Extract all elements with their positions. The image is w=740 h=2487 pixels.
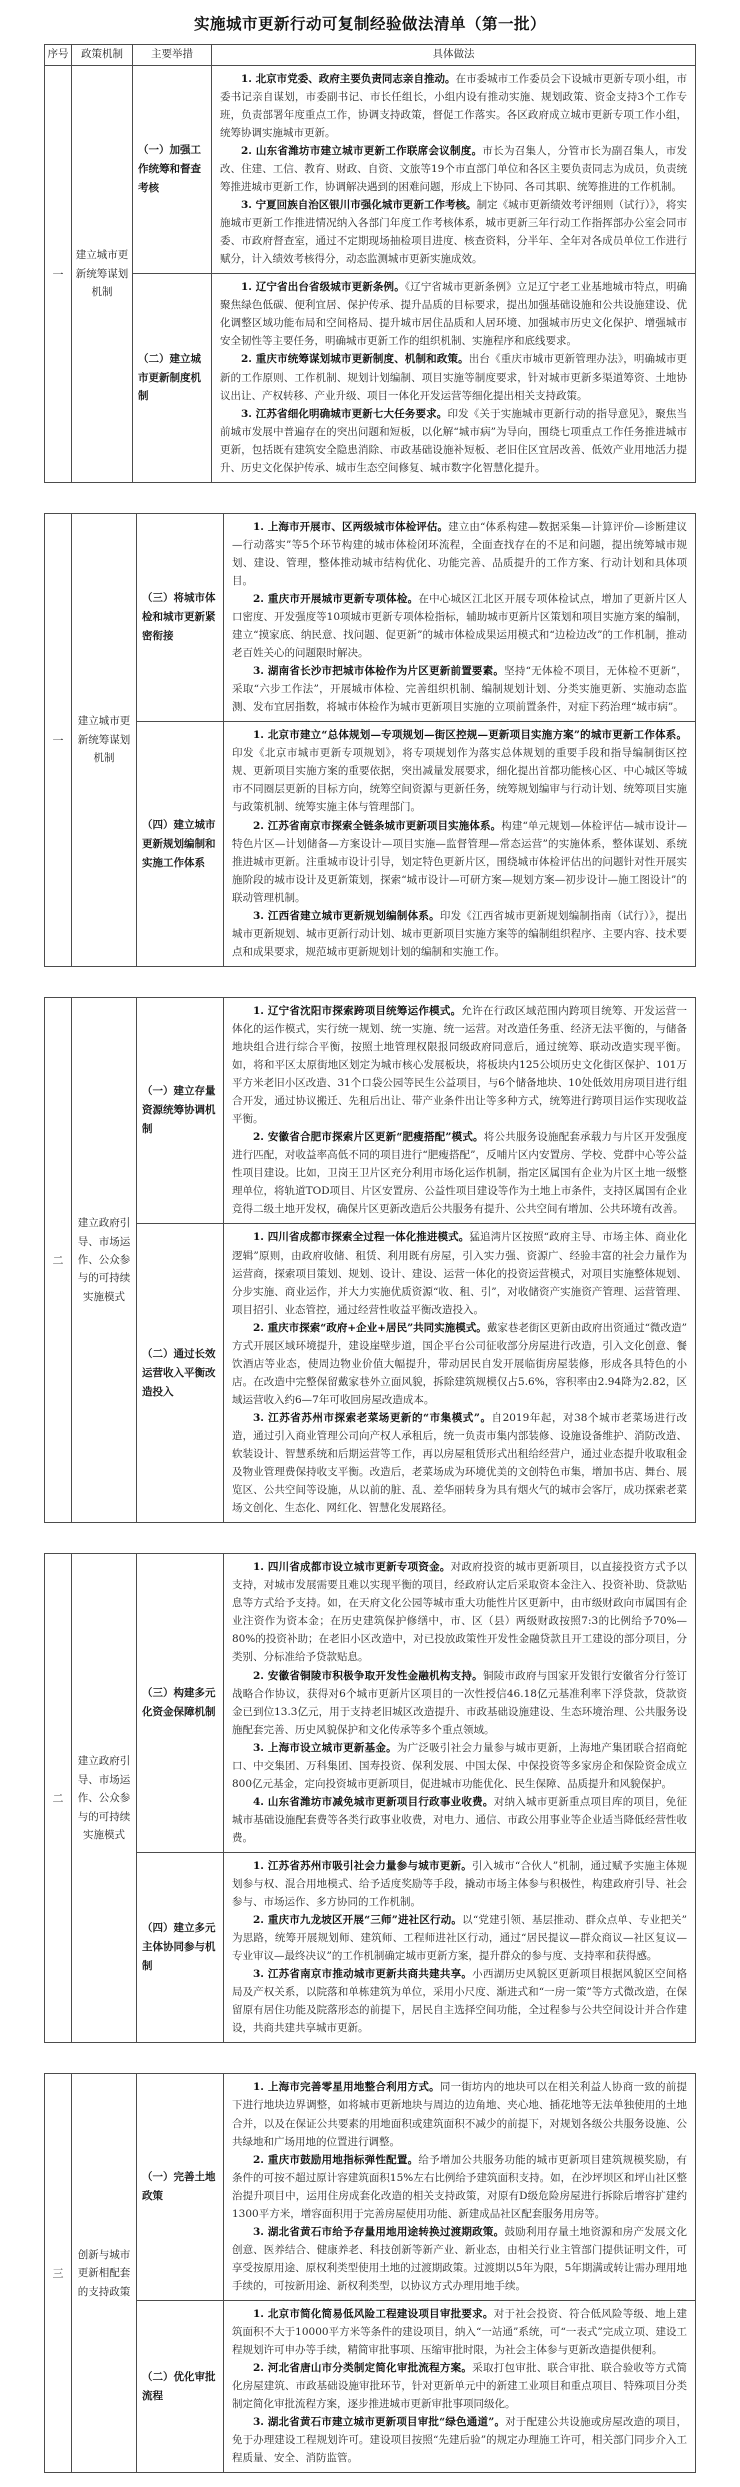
practice-cell: 1. 上海市开展市、区两级城市体检评估。建立由“体系构建—数据采集—计算评价—诊…: [224, 513, 696, 722]
table-block-4: 二建立政府引导、市场运作、公众参与的可持续实施模式（三）构建多元化资金保障机制1…: [44, 1553, 696, 2043]
measure-row: 一建立城市更新统筹谋划机制（三）将城市体检和城市更新紧密衔接1. 上海市开展市、…: [45, 513, 696, 722]
serial-cell: 三: [45, 2074, 72, 2473]
measure-label: （四）建立多元主体协同参与机制: [137, 1852, 224, 2042]
practice-item: 2. 重庆市九龙坡区开展“三师”进社区行动。以“党建引领、基层推动、群众点单、专…: [232, 1911, 687, 1965]
column-header-0: 序号: [45, 45, 72, 66]
measure-label: （二）通过长效运营收入平衡改造投入: [137, 1224, 224, 1523]
measure-row: 一建立城市更新统筹谋划机制（一）加强工作统筹和督查考核1. 北京市党委、政府主要…: [45, 65, 696, 274]
practice-cell: 1. 北京市简化简易低风险工程建设项目审批要求。对于社会投资、符合低风险等级、地…: [224, 2301, 696, 2473]
practice-item: 1. 上海市完善零星用地整合利用方式。同一街坊内的地块可以在相关利益人协商一致的…: [232, 2078, 687, 2150]
measure-row: 二建立政府引导、市场运作、公众参与的可持续实施模式（一）建立存量资源统筹协调机制…: [45, 997, 696, 1224]
measure-label: （三）构建多元化资金保障机制: [137, 1554, 224, 1853]
measure-label: （一）建立存量资源统筹协调机制: [137, 997, 224, 1224]
practice-lead: 1. 江苏省苏州市吸引社会力量参与城市更新。: [253, 1860, 472, 1872]
practice-lead: 1. 四川省成都市探索全过程一体化推进模式。: [253, 1231, 469, 1243]
practice-item: 2. 重庆市探索“政府+企业+居民”共同实施模式。戴家巷老街区更新由政府出资通过…: [232, 1319, 687, 1409]
practice-cell: 1. 北京市建立“总体规划—专项规划—街区控规—更新项目实施方案”的城市更新工作…: [224, 722, 696, 967]
practice-lead: 2. 安徽省铜陵市积极争取开发性金融机构支持。: [253, 1670, 483, 1682]
practice-lead: 1. 辽宁省沈阳市探索跨项目统筹运作模式。: [253, 1005, 461, 1017]
measure-label: （一）加强工作统筹和督查考核: [133, 65, 212, 274]
practice-item: 1. 上海市开展市、区两级城市体检评估。建立由“体系构建—数据采集—计算评价—诊…: [232, 518, 687, 590]
practice-item: 3. 湖北省黄石市建立城市更新项目审批“绿色通道”。对于配建公共设施或房屋改造的…: [232, 2413, 687, 2467]
practice-lead: 3. 江苏省苏州市探索老菜场更新的“市集模式”。: [253, 1412, 492, 1424]
practice-cell: 1. 北京市党委、政府主要负责同志亲自推动。在市委城市工作委员会下设城市更新专项…: [212, 65, 696, 274]
practice-lead: 1. 北京市建立“总体规划—专项规划—街区控规—更新项目实施方案”的城市更新工作…: [253, 729, 687, 741]
practice-cell: 1. 上海市完善零星用地整合利用方式。同一街坊内的地块可以在相关利益人协商一致的…: [224, 2074, 696, 2301]
measure-row: 三创新与城市更新相配套的支持政策（一）完善土地政策1. 上海市完善零星用地整合利…: [45, 2074, 696, 2301]
practice-lead: 1. 北京市党委、政府主要负责同志亲自推动。: [241, 73, 456, 85]
practice-lead: 3. 湖北省黄石市给予存量用地用途转换过渡期政策。: [253, 2226, 504, 2238]
table-block-3: 二建立政府引导、市场运作、公众参与的可持续实施模式（一）建立存量资源统筹协调机制…: [44, 997, 696, 1523]
document-page: 实施城市更新行动可复制经验做法清单（第一批） 序号政策机制主要举措具体做法一建立…: [0, 0, 740, 2487]
practice-item: 1. 北京市简化简易低风险工程建设项目审批要求。对于社会投资、符合低风险等级、地…: [232, 2305, 687, 2359]
mechanism-cell: 建立政府引导、市场运作、公众参与的可持续实施模式: [72, 1554, 137, 2043]
practice-lead: 1. 上海市开展市、区两级城市体检评估。: [253, 521, 448, 533]
practice-item: 2. 山东省潍坊市建立城市更新工作联席会议制度。市长为召集人，分管市长为副召集人…: [220, 142, 687, 196]
practice-item: 3. 江苏省细化明确城市更新七大任务要求。印发《关于实施城市更新行动的指导意见》…: [220, 405, 687, 477]
practice-lead: 2. 重庆市探索“政府+企业+居民”共同实施模式。: [253, 1322, 487, 1334]
practice-lead: 3. 湖南省长沙市把城市体检作为片区更新前置要素。: [253, 665, 504, 677]
practice-lead: 2. 山东省潍坊市建立城市更新工作联席会议制度。: [241, 145, 482, 157]
practice-lead: 3. 江苏省细化明确城市更新七大任务要求。: [241, 408, 447, 420]
mechanism-cell: 建立政府引导、市场运作、公众参与的可持续实施模式: [72, 997, 137, 1522]
practice-item: 2. 安徽省合肥市探索片区更新“肥瘦搭配”模式。将公共服务设施配套承载力与片区开…: [232, 1128, 687, 1218]
measure-row: （四）建立城市更新规划编制和实施工作体系1. 北京市建立“总体规划—专项规划—街…: [45, 722, 696, 967]
practice-item: 3. 湖南省长沙市把城市体检作为片区更新前置要素。坚持“无体检不项目，无体检不更…: [232, 662, 687, 716]
measure-label: （四）建立城市更新规划编制和实施工作体系: [137, 722, 224, 967]
practice-cell: 1. 辽宁省沈阳市探索跨项目统筹运作模式。允许在行政区域范围内跨项目统筹、开发运…: [224, 997, 696, 1224]
practice-lead: 2. 重庆市开展城市更新专项体检。: [253, 593, 418, 605]
practice-item: 2. 河北省唐山市分类制定简化审批流程方案。采取打包审批、联合审批、联合验收等方…: [232, 2359, 687, 2413]
table-block-2: 一建立城市更新统筹谋划机制（三）将城市体检和城市更新紧密衔接1. 上海市开展市、…: [44, 513, 696, 967]
practice-body: 自2019年起，对38个城市老菜场进行改造，通过引入商业管理公司向产权人承租后，…: [232, 1412, 687, 1514]
practice-cell: 1. 江苏省苏州市吸引社会力量参与城市更新。引入城市“合伙人”机制，通过赋予实施…: [224, 1852, 696, 2042]
mechanism-cell: 建立城市更新统筹谋划机制: [72, 513, 137, 966]
measure-row: （二）建立城市更新制度机制1. 辽宁省出台省级城市更新条例。《辽宁省城市更新条例…: [45, 274, 696, 483]
practice-item: 3. 上海市设立城市更新基金。为广泛吸引社会力量参与城市更新，上海地产集团联合招…: [232, 1739, 687, 1793]
practice-item: 1. 辽宁省出台省级城市更新条例。《辽宁省城市更新条例》立足辽宁老工业基地城市特…: [220, 278, 687, 350]
practice-lead: 1. 北京市简化简易低风险工程建设项目审批要求。: [253, 2308, 494, 2320]
practice-lead: 3. 江苏省南京市推动城市更新共商共建共享。: [253, 1968, 472, 1980]
practice-lead: 3. 上海市设立城市更新基金。: [253, 1742, 397, 1754]
practice-item: 2. 重庆市统筹谋划城市更新制度、机制和政策。出台《重庆市城市更新管理办法》，明…: [220, 350, 687, 404]
practice-item: 2. 江苏省南京市探索全链条城市更新项目实施体系。构建“单元规划—体检评估—城市…: [232, 817, 687, 907]
practice-lead: 3. 江西省建立城市更新规划编制体系。: [253, 910, 440, 922]
table-blocks: 序号政策机制主要举措具体做法一建立城市更新统筹谋划机制（一）加强工作统筹和督查考…: [44, 44, 696, 2473]
practice-lead: 1. 辽宁省出台省级城市更新条例。: [241, 281, 405, 293]
column-header-3: 具体做法: [212, 45, 696, 66]
practice-item: 1. 江苏省苏州市吸引社会力量参与城市更新。引入城市“合伙人”机制，通过赋予实施…: [232, 1857, 687, 1911]
measure-row: 二建立政府引导、市场运作、公众参与的可持续实施模式（三）构建多元化资金保障机制1…: [45, 1554, 696, 1853]
practice-lead: 2. 河北省唐山市分类制定简化审批流程方案。: [253, 2362, 472, 2374]
practice-item: 3. 江苏省南京市推动城市更新共商共建共享。小西湖历史风貌区更新项目根据风貌区空…: [232, 1965, 687, 2037]
table-block-5: 三创新与城市更新相配套的支持政策（一）完善土地政策1. 上海市完善零星用地整合利…: [44, 2073, 696, 2473]
document-title: 实施城市更新行动可复制经验做法清单（第一批）: [0, 12, 740, 34]
practice-item: 2. 安徽省铜陵市积极争取开发性金融机构支持。铜陵市政府与国家开发银行安徽省分行…: [232, 1667, 687, 1739]
practice-item: 1. 北京市建立“总体规划—专项规划—街区控规—更新项目实施方案”的城市更新工作…: [232, 726, 687, 816]
practice-cell: 1. 四川省成都市探索全过程一体化推进模式。猛追湾片区按照“政府主导、市场主体、…: [224, 1224, 696, 1523]
practice-lead: 2. 重庆市统筹谋划城市更新制度、机制和政策。: [241, 353, 469, 365]
measure-row: （四）建立多元主体协同参与机制1. 江苏省苏州市吸引社会力量参与城市更新。引入城…: [45, 1852, 696, 2042]
practice-lead: 2. 重庆市鼓励用地指标弹性配置。: [253, 2154, 418, 2166]
practice-item: 2. 重庆市开展城市更新专项体检。在中心城区江北区开展专项体检试点，增加了更新片…: [232, 590, 687, 662]
serial-cell: 二: [45, 997, 72, 1522]
practice-item: 1. 四川省成都市设立城市更新专项资金。对政府投资的城市更新项目，以直接投资方式…: [232, 1558, 687, 1666]
practice-item: 3. 宁夏回族自治区银川市强化城市更新工作考核。制定《城市更新绩效考评细则（试行…: [220, 196, 687, 268]
practice-item: 3. 江苏省苏州市探索老菜场更新的“市集模式”。自2019年起，对38个城市老菜…: [232, 1409, 687, 1517]
practice-lead: 1. 四川省成都市设立城市更新专项资金。: [253, 1561, 451, 1573]
practice-body: 印发《北京市城市更新专项规划》，将专项规划作为落实总体规划的重要手段和指导编制街…: [232, 747, 687, 813]
practice-lead: 3. 宁夏回族自治区银川市强化城市更新工作考核。: [241, 199, 477, 211]
table-block-1: 序号政策机制主要举措具体做法一建立城市更新统筹谋划机制（一）加强工作统筹和督查考…: [44, 44, 696, 483]
practice-lead: 1. 上海市完善零星用地整合利用方式。: [253, 2081, 440, 2093]
practice-body: 猛追湾片区按照“政府主导、市场主体、商业化逻辑”原则，由政府收储、租赁、利用既有…: [232, 1231, 687, 1315]
practice-item: 1. 辽宁省沈阳市探索跨项目统筹运作模式。允许在行政区域范围内跨项目统筹、开发运…: [232, 1002, 687, 1128]
practice-item: 1. 四川省成都市探索全过程一体化推进模式。猛追湾片区按照“政府主导、市场主体、…: [232, 1228, 687, 1318]
practice-body: 构建“单元规划—体检评估—城市设计—特色片区—计划储备—方案设计—项目实施—监督…: [232, 820, 687, 904]
practice-item: 2. 重庆市鼓励用地指标弹性配置。给予增加公共服务功能的城市更新项目建筑规模奖励…: [232, 2151, 687, 2223]
practice-cell: 1. 辽宁省出台省级城市更新条例。《辽宁省城市更新条例》立足辽宁老工业基地城市特…: [212, 274, 696, 483]
measure-label: （一）完善土地政策: [137, 2074, 224, 2301]
practice-lead: 4. 山东省潍坊市减免城市更新项目行政事业收费。: [253, 1796, 494, 1808]
mechanism-cell: 建立城市更新统筹谋划机制: [72, 65, 133, 482]
practice-lead: 2. 重庆市九龙坡区开展“三师”进社区行动。: [253, 1914, 462, 1926]
measure-row: （二）优化审批流程1. 北京市简化简易低风险工程建设项目审批要求。对于社会投资、…: [45, 2301, 696, 2473]
practice-item: 4. 山东省潍坊市减免城市更新项目行政事业收费。对纳入城市更新重点项目库的项目，…: [232, 1793, 687, 1847]
serial-cell: 一: [45, 513, 72, 966]
measure-label: （二）建立城市更新制度机制: [133, 274, 212, 483]
practice-lead: 2. 江苏省南京市探索全链条城市更新项目实施体系。: [253, 820, 501, 832]
practice-item: 1. 北京市党委、政府主要负责同志亲自推动。在市委城市工作委员会下设城市更新专项…: [220, 70, 687, 142]
table-header-row: 序号政策机制主要举措具体做法: [45, 45, 696, 66]
mechanism-cell: 创新与城市更新相配套的支持政策: [72, 2074, 137, 2473]
practice-lead: 3. 湖北省黄石市建立城市更新项目审批“绿色通道”。: [253, 2416, 505, 2428]
practice-body: 将公共服务设施配套承载力与片区开发强度进行匹配，对收益率高低不同的项目进行“肥瘦…: [232, 1131, 687, 1215]
practice-lead: 2. 安徽省合肥市探索片区更新“肥瘦搭配”模式。: [253, 1131, 484, 1143]
practice-item: 3. 江西省建立城市更新规划编制体系。印发《江西省城市更新规划编制指南（试行）》…: [232, 907, 687, 961]
serial-cell: 二: [45, 1554, 72, 2043]
practice-body: 允许在行政区域范围内跨项目统筹、开发运营一体化的运作模式，实行统一规划、统一实施…: [232, 1005, 687, 1125]
practice-item: 3. 湖北省黄石市给予存量用地用途转换过渡期政策。鼓励利用存量土地资源和房产发展…: [232, 2223, 687, 2295]
measure-label: （二）优化审批流程: [137, 2301, 224, 2473]
measure-label: （三）将城市体检和城市更新紧密衔接: [137, 513, 224, 722]
column-header-2: 主要举措: [133, 45, 212, 66]
serial-cell: 一: [45, 65, 72, 482]
column-header-1: 政策机制: [72, 45, 133, 66]
practice-body: 戴家巷老街区更新由政府出资通过“微改造”方式开展区域环境提升，建设崖壁步道，国企…: [232, 1322, 687, 1406]
practice-body: 对政府投资的城市更新项目，以直接投资方式予以支持，对城市发展需要且难以实现平衡的…: [232, 1561, 687, 1663]
practice-cell: 1. 四川省成都市设立城市更新专项资金。对政府投资的城市更新项目，以直接投资方式…: [224, 1554, 696, 1853]
measure-row: （二）通过长效运营收入平衡改造投入1. 四川省成都市探索全过程一体化推进模式。猛…: [45, 1224, 696, 1523]
